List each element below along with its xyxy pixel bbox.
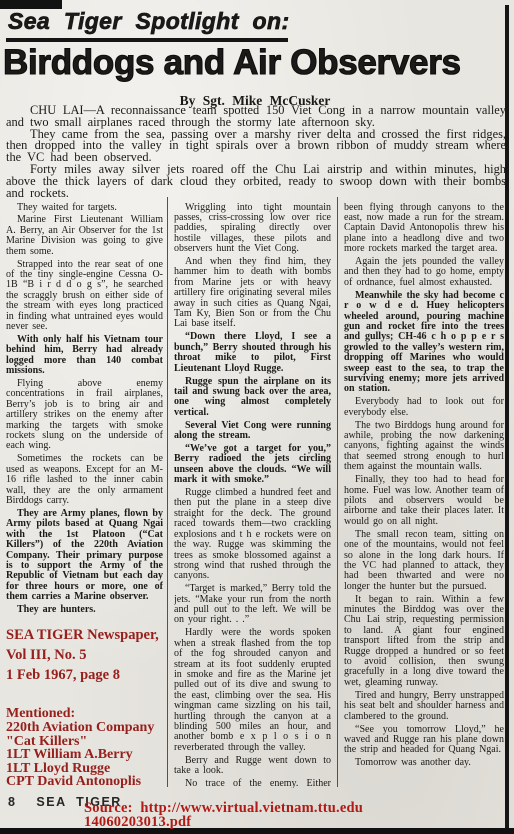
footer-page-number: 8	[8, 795, 16, 809]
article-paragraph: It began to rain. Within a few minutes t…	[344, 592, 504, 688]
source-file: 14060203013.pdf	[84, 816, 363, 830]
article-paragraph: They are hunters.	[6, 603, 163, 616]
citation-annotation: SEA TIGER Newspaper,Vol III, No. 51 Feb …	[6, 625, 163, 685]
mentioned-line: 220th Aviation Company	[6, 721, 163, 735]
lead-paragraph: CHU LAI—A reconnaissance team spotted 15…	[6, 105, 506, 129]
citation-line: SEA TIGER Newspaper,	[6, 625, 163, 645]
column-1-paragraphs: They waited for targets.Marine First Lie…	[6, 200, 163, 615]
article-paragraph: “Down there Lloyd, I see a bunch,” Berry…	[174, 330, 331, 374]
article-paragraph: The small recon team, sitting on one of …	[344, 527, 504, 592]
citation-line: Vol III, No. 5	[6, 645, 163, 665]
article-paragraph: They are Army planes, flown by Army pilo…	[6, 506, 163, 602]
article-paragraph: They waited for targets.	[6, 200, 163, 213]
column-divider	[337, 197, 338, 787]
article-paragraph: “Target is marked,” Berry told the jets.…	[174, 582, 331, 626]
article-paragraph: Meanwhile the sky had become c r o w d e…	[344, 288, 504, 395]
kicker-title: Sea Tiger Spotlight on:	[8, 8, 290, 35]
article-paragraph: Again the jets pounded the valley and th…	[344, 255, 504, 289]
article-paragraph: Tired and hungry, Berry unstrapped his s…	[344, 688, 504, 722]
article-paragraph: Sometimes the rockets can be used as wea…	[6, 452, 163, 507]
article-paragraph: Hardly were the words spoken when a stre…	[174, 626, 331, 753]
article-paragraph: Finally, they too had to head for home. …	[344, 473, 504, 528]
column-2: Wriggling into tight mountain passes, cr…	[174, 200, 331, 788]
article-paragraph: With only half his Vietnam tour behind h…	[6, 332, 163, 376]
article-paragraph: Marine First Lieutenant William A. Berry…	[6, 213, 163, 257]
article-paragraph: “See you tomorrow Lloyd,” he waved and R…	[344, 722, 504, 756]
article-paragraph: Rugge climbed a hundred feet and then pu…	[174, 486, 331, 582]
kicker-underline-rule	[6, 38, 288, 42]
mentioned-line: 1LT Lloyd Rugge	[6, 762, 163, 776]
lead-paragraph: They came from the sea, passing over a m…	[6, 129, 506, 164]
article-paragraph: Everybody had to look out for everybody …	[344, 395, 504, 418]
column-1: They waited for targets.Marine First Lie…	[6, 200, 163, 788]
citation-line: 1 Feb 1967, page 8	[6, 665, 163, 685]
column-divider	[167, 197, 168, 787]
article-paragraph: Flying above enemy concentrations in fra…	[6, 377, 163, 452]
mentioned-line: "Cat Killers"	[6, 735, 163, 749]
article-paragraph: The two Birddogs hung around for awhile,…	[344, 418, 504, 473]
mentioned-line: CPT David Antonoplis (sic)	[6, 775, 163, 788]
article-paragraph: And when they find him, they hammer him …	[174, 255, 331, 330]
article-paragraph: No trace of the enemy. Either they were …	[174, 777, 331, 788]
newspaper-scan-page: Sea Tiger Spotlight on: Birddogs and Air…	[0, 0, 514, 834]
article-paragraph: “We’ve got a target for you,” Berry radi…	[174, 441, 331, 485]
source-annotation: Source: http://www.virtual.vietnam.ttu.e…	[84, 802, 363, 829]
article-paragraph: Berry and Rugge went down to take a look…	[174, 753, 331, 776]
lead-section: CHU LAI—A reconnaissance team spotted 15…	[6, 105, 506, 199]
article-paragraph: Rugge spun the airplane on its tail and …	[174, 374, 331, 418]
mentioned-annotation: Mentioned:220th Aviation Company"Cat Kil…	[6, 707, 163, 788]
mentioned-line: 1LT William A.Berry	[6, 748, 163, 762]
article-paragraph: Several Viet Cong were running along the…	[174, 418, 331, 441]
article-paragraph: Tomorrow was another day.	[344, 756, 504, 769]
article-paragraph: Wriggling into tight mountain passes, cr…	[174, 200, 331, 255]
article-headline: Birddogs and Air Observers	[3, 43, 512, 83]
article-paragraph: Strapped into the rear seat of one of th…	[6, 257, 163, 332]
article-paragraph: been flying through canyons to the east,…	[344, 200, 504, 255]
column-3: been flying through canyons to the east,…	[344, 200, 504, 788]
mentioned-line: Mentioned:	[6, 707, 163, 721]
lead-paragraph: Forty miles away silver jets roared off …	[6, 164, 506, 199]
